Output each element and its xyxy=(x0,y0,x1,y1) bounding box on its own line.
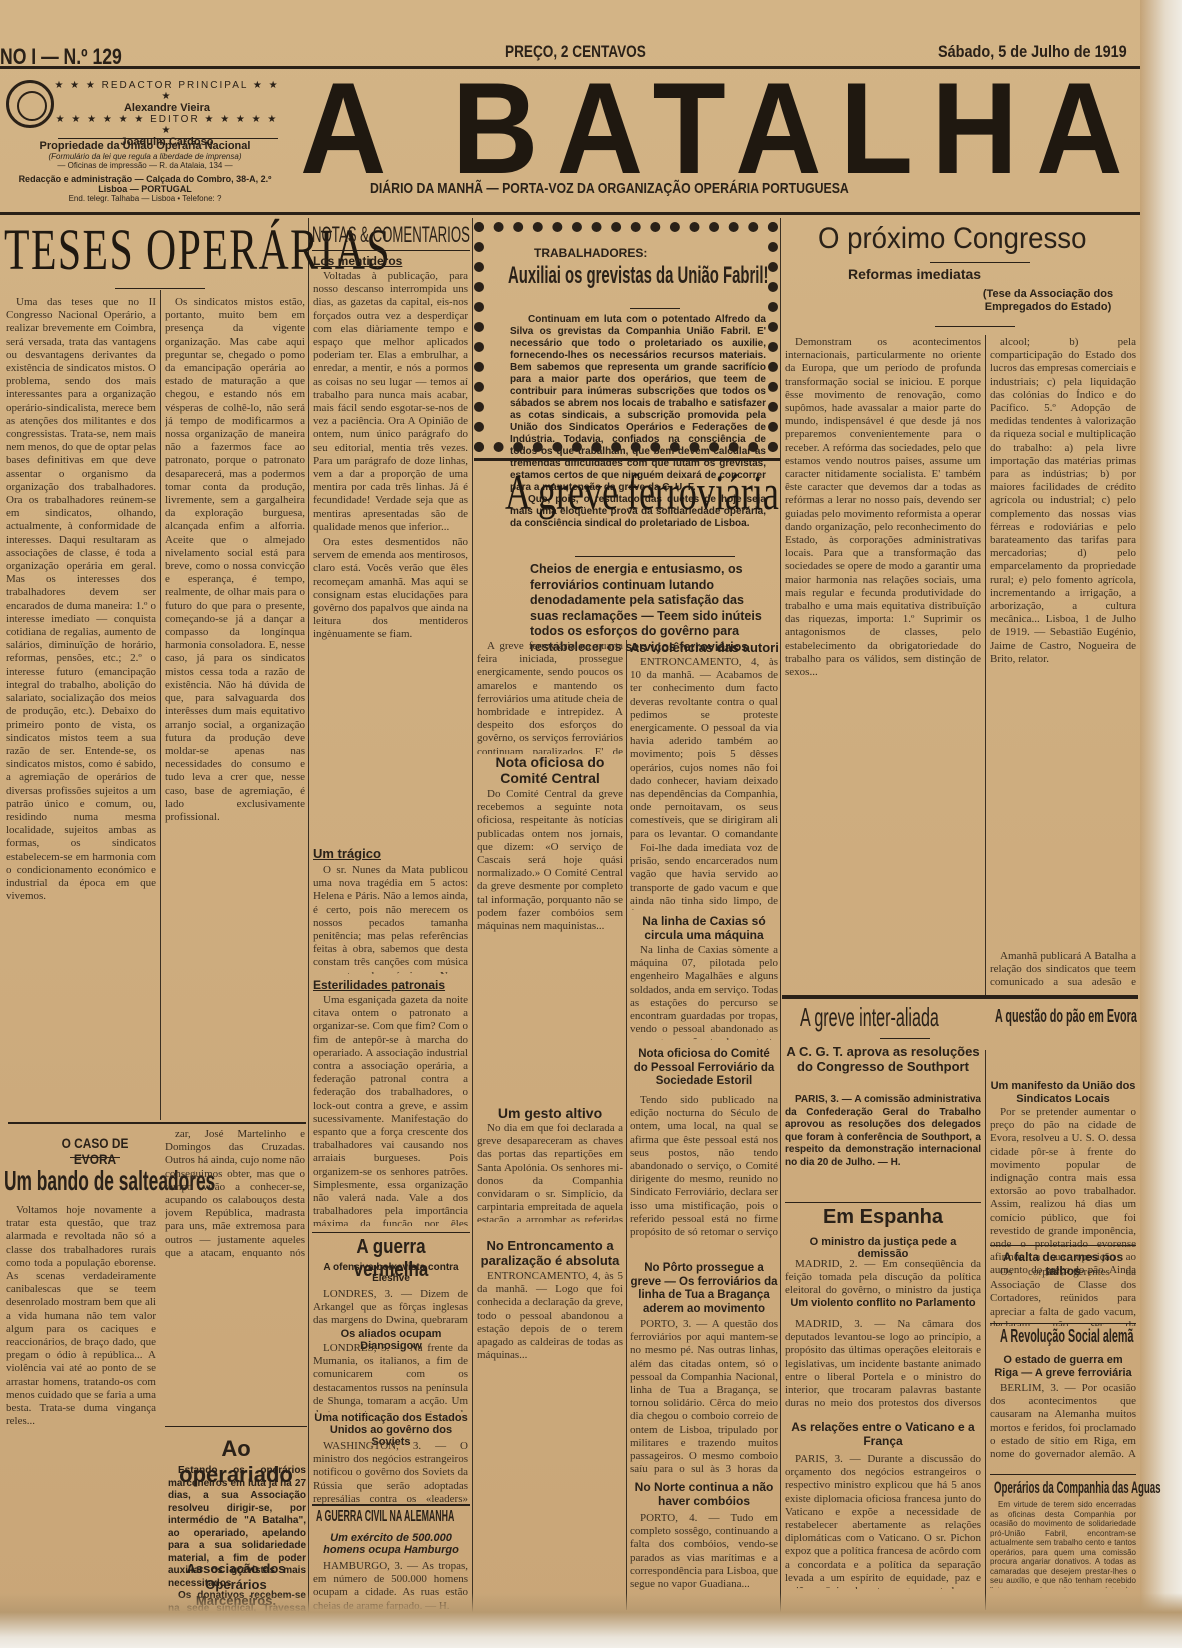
column-divider xyxy=(985,1050,986,1610)
subhead-gesto: Um gesto altivo xyxy=(477,1105,623,1121)
article-text: Os sindicatos mistos estão, portanto, mu… xyxy=(165,296,305,824)
column-divider xyxy=(985,335,986,995)
article-text: PORTO, 3. — A questão dos ferroviários p… xyxy=(630,1318,778,1478)
subhead-caxias: Na linha de Caxias só circula uma máquin… xyxy=(630,914,778,942)
subhead-estoril: Nota oficiosa do Comité do Pessoal Ferro… xyxy=(630,1048,778,1089)
aguas-text: Em virtude de terem sido encerradas as o… xyxy=(990,1500,1136,1588)
column-divider xyxy=(308,218,309,1613)
headline-pao-evora: A questão do pão em Evora xyxy=(995,1006,1137,1027)
publisher-contact: End. telegr. Talhaba — Lisboa • Telefone… xyxy=(10,194,280,203)
nota-comite-text: Do Comité Central da greve recebemos a s… xyxy=(477,788,623,1052)
column-divider xyxy=(160,290,161,1120)
subhead-entroncamento: No Entroncamento a paralização é absolut… xyxy=(477,1238,623,1268)
editor-role: ★ ★ ★ ★ ★ ★ EDITOR ★ ★ ★ ★ ★ ★ xyxy=(52,114,282,136)
publisher-note: (Formulário da lei que regula a liberdad… xyxy=(10,152,280,161)
greve-intro: A greve ferroviária na quarta feira inic… xyxy=(477,640,623,754)
article-text: WASHINGTON, 3. — O ministro dos negócios… xyxy=(313,1440,468,1508)
section-rule xyxy=(990,1245,1136,1246)
congresso-column-2: alcool; b) pela comparticipação do Estad… xyxy=(990,336,1136,948)
porto-text: PORTO, 3. — A questão dos ferroviários p… xyxy=(630,1318,778,1478)
carnes-text: Os corpos gerentes da Associação de Clas… xyxy=(990,1266,1136,1326)
subhead-mentideros: Los mentideros xyxy=(313,254,402,268)
article-text: ENTRONCAMENTO, 4, às 10 da manhã. — Acab… xyxy=(630,656,778,842)
article-text: Uma esganiçada gazeta da noite citava on… xyxy=(313,994,468,1226)
washington-text: WASHINGTON, 3. — O ministro dos negócios… xyxy=(313,1440,468,1508)
congresso-note: Amanhã publicará A Batalha a relação dos… xyxy=(990,950,1136,990)
headline-greve: A greve ferroviária xyxy=(505,464,779,520)
editor-in-chief-name: Alexandre Vieira xyxy=(52,102,282,114)
newspaper-subtitle: DIÁRIO DA MANHÃ — PORTA-VOZ DA ORGANIZAÇ… xyxy=(370,180,849,197)
headline-rule xyxy=(880,1038,930,1039)
tragico-text: O sr. Nunes da Mata publicou uma nova tr… xyxy=(313,864,468,974)
headline-congresso: O próximo Congresso xyxy=(818,222,1086,256)
teses-column-1: Uma das teses que no II Congresso Nacion… xyxy=(6,296,156,1104)
column-divider xyxy=(472,218,473,1613)
violencias-text: ENTRONCAMENTO, 4, às 10 da manhã. — Acab… xyxy=(630,656,778,842)
headline-companhia-aguas: Operários da Companhia das Aguas xyxy=(994,1478,1161,1498)
article-text: LONDRES, 3. — Na frente da Mumania, os i… xyxy=(313,1342,468,1412)
article-text: O sr. Nunes da Mata publicou uma nova tr… xyxy=(313,864,468,974)
publisher-city: Lisboa — PORTUGAL xyxy=(10,184,280,194)
article-text: MADRID, 3. — Na câmara dos deputados lev… xyxy=(785,1318,981,1410)
article-text: PARIS, 3. — Durante a discussão do orçam… xyxy=(785,1453,981,1589)
article-text: MADRID, 2. — Em conseqüência da feição t… xyxy=(785,1258,981,1298)
headline-interaliada: A greve inter-aliada xyxy=(800,1002,939,1033)
headline-rule xyxy=(630,308,680,309)
article-text: Do Comité Central da greve recebemos a s… xyxy=(477,788,623,933)
mentideros-text: Voltadas à publicação, para nosso descan… xyxy=(313,270,468,730)
entroncamento-text: ENTRONCAMENTO, 4, às 5 da manhã. — Logo … xyxy=(477,1270,623,1610)
subhead-manifesto: Um manifesto da União dos Sindicatos Loc… xyxy=(990,1080,1136,1106)
editor-in-chief-role: ★ ★ ★ REDACTOR PRINCIPAL ★ ★ ★ xyxy=(52,80,282,102)
londres-text: LONDRES, 3. — Dizem de Arkangel que as f… xyxy=(313,1288,468,1328)
page-edge xyxy=(1140,0,1182,1648)
article-text: ENTRONCAMENTO, 4, às 5 da manhã. — Logo … xyxy=(477,1270,623,1362)
subhead-vaticano: As relações entre o Vaticano e a França xyxy=(785,1420,981,1448)
teses-column-2: Os sindicatos mistos estão, portanto, mu… xyxy=(165,296,305,1104)
publisher-property: Propriedade da União Operária Nacional xyxy=(10,140,280,152)
section-rule xyxy=(990,1323,1136,1324)
publisher-address: Redacção e administração — Calçada do Co… xyxy=(10,174,280,184)
congresso-source: (Tese da Associação dos Empregados do Es… xyxy=(958,288,1138,314)
subhead-tragico: Um trágico xyxy=(313,846,381,861)
gesto-text: No dia em que foi declarada a greve desa… xyxy=(477,1122,623,1222)
headline-notas: NOTAS & COMENTARIOS xyxy=(312,222,470,248)
section-rule xyxy=(782,995,1138,999)
subhead-norte: No Norte continua a não haver combóios xyxy=(630,1480,778,1508)
section-rule xyxy=(312,1232,470,1233)
article-text: zar, José Martelinho e Domingos das Cruz… xyxy=(165,1128,305,1258)
subhead-violencias: As violências das autoridades xyxy=(630,640,778,655)
evora-kicker: O CASO DE EVORA xyxy=(40,1135,151,1167)
subhead-ofensiva: A ofensiva bolxevista contra Eleshve xyxy=(312,1262,470,1284)
staff-rule xyxy=(58,138,278,139)
article-text: Na linha de Caxias sòmente a máquina 07,… xyxy=(630,944,778,1040)
torn-bottom-edge xyxy=(0,1593,1182,1648)
publisher-printing: — Oficinas de impressão — R. da Atalaia,… xyxy=(10,161,280,170)
subhead-riga: O estado de guerra em Riga — A greve fer… xyxy=(990,1354,1136,1380)
column-divider xyxy=(780,218,781,1613)
article-text: Demonstram os acontecimentos internacion… xyxy=(785,336,981,679)
violencias-end: Foi-lhe dada imediata voz de prisão, sen… xyxy=(630,842,778,910)
vaticano-text: PARIS, 3. — Durante a discussão do orçam… xyxy=(785,1453,981,1589)
section-rule xyxy=(990,1474,1136,1475)
evora-column-1: Voltamos hoje novamente a tratar esta qu… xyxy=(6,1204,156,1609)
header-rule xyxy=(0,212,1140,215)
subhead-hamburgo: Um exército de 500.000 homens ocupa Hamb… xyxy=(312,1532,470,1556)
subhead-conflito: Um violento conflito no Parlamento xyxy=(785,1297,981,1309)
berlim-text: BERLIM, 3. — Por ocasião dos acontecimen… xyxy=(990,1382,1136,1462)
section-rule xyxy=(312,1504,470,1506)
headline-rule xyxy=(930,262,1030,263)
section-rule xyxy=(785,1202,981,1203)
article-text: PARIS, 3. — A comissão administrativa da… xyxy=(785,1094,981,1169)
headline-revolucao-alema: A Revolução Social alemã xyxy=(1000,1326,1133,1347)
estoril-text: Tendo sido publicado na edição nocturna … xyxy=(630,1094,778,1238)
appeal-headline: Auxiliai os grevistas da União Fabril! xyxy=(508,262,768,290)
column-divider xyxy=(626,640,627,1610)
article-text: LONDRES, 3. — Dizem de Arkangel que as f… xyxy=(313,1288,468,1328)
evora-column-2: zar, José Martelinho e Domingos das Cruz… xyxy=(165,1128,305,1258)
section-rule xyxy=(312,250,470,251)
union-seal-icon xyxy=(6,80,54,128)
headline-rule xyxy=(115,288,205,289)
subhead-porto: No Pôrto prossegue a greve — Os ferroviá… xyxy=(630,1262,778,1316)
article-text: Os corpos gerentes da Associação de Clas… xyxy=(990,1266,1136,1326)
cgt-text: PARIS, 3. — A comissão administrativa da… xyxy=(785,1094,981,1169)
subhead-ministro: O ministro da justiça pede a demissão xyxy=(785,1236,981,1260)
section-rule xyxy=(8,1122,306,1124)
article-text: Foi-lhe dada imediata voz de prisão, sen… xyxy=(630,842,778,910)
article-text: No dia em que foi declarada a greve desa… xyxy=(477,1122,623,1222)
article-text: A greve ferroviária na quarta feira inic… xyxy=(477,640,623,754)
headline-rule xyxy=(575,556,735,557)
headline-espanha: Em Espanha xyxy=(785,1206,981,1229)
section-rule xyxy=(474,458,780,461)
congresso-column-1: Demonstram os acontecimentos internacion… xyxy=(785,336,981,984)
madrid-text-2: MADRID, 3. — Na câmara dos deputados lev… xyxy=(785,1318,981,1410)
article-text: Voltamos hoje novamente a tratar esta qu… xyxy=(6,1204,156,1428)
appeal-kicker: TRABALHADORES: xyxy=(534,246,647,260)
article-text: Voltadas à publicação, para nosso descan… xyxy=(313,270,468,534)
kicker-rule xyxy=(70,1157,120,1158)
madrid-text-1: MADRID, 2. — Em conseqüência da feição t… xyxy=(785,1258,981,1298)
article-text: Amanhã publicará A Batalha a relação dos… xyxy=(990,950,1136,990)
newspaper-title: A BATALHA xyxy=(300,72,1073,184)
headline-guerra-civil: A GUERRA CIVIL NA ALEMANHA xyxy=(316,1508,454,1526)
subhead-nota-comite: Nota oficiosa do Comité Central xyxy=(477,754,623,786)
subhead-esterilidades: Esterilidades patronais xyxy=(313,978,445,992)
article-text: BERLIM, 3. — Por ocasião dos acontecimen… xyxy=(990,1382,1136,1462)
subhead-cgt: A C. G. T. aprova as resoluções do Congr… xyxy=(785,1044,981,1074)
article-text: Ora estes desmentidos não servem de emen… xyxy=(313,536,468,642)
publisher-box: Propriedade da União Operária Nacional (… xyxy=(10,140,280,203)
esterilidades-text: Uma esganiçada gazeta da noite citava on… xyxy=(313,994,468,1226)
article-text: Tendo sido publicado na edição nocturna … xyxy=(630,1094,778,1238)
article-text: Uma das teses que no II Congresso Nacion… xyxy=(6,296,156,903)
headline-rule xyxy=(935,326,1015,327)
article-text: PORTO, 4. — Tudo em completo sossêgo, co… xyxy=(630,1512,778,1591)
congresso-subhead: Reformas imediatas xyxy=(848,266,981,282)
aliados-text: LONDRES, 3. — Na frente da Mumania, os i… xyxy=(313,1342,468,1412)
caxias-text: Na linha de Caxias sòmente a máquina 07,… xyxy=(630,944,778,1040)
section-rule xyxy=(165,1426,307,1427)
article-text: Em virtude de terem sido encerradas as o… xyxy=(990,1500,1136,1588)
article-text: alcool; b) pela comparticipação do Estad… xyxy=(990,336,1136,666)
